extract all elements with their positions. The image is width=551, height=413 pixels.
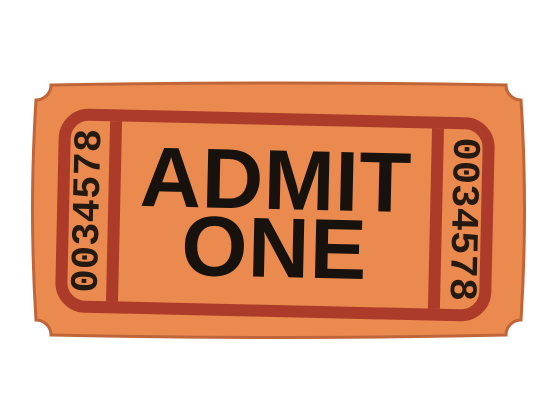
admit-one-ticket: 0034578 ADMIT ONE 0034578 bbox=[36, 82, 524, 338]
one-text: ONE bbox=[181, 213, 368, 285]
ticket-illustration: 0034578 ADMIT ONE 0034578 bbox=[0, 0, 551, 413]
right-stub: 0034578 bbox=[440, 129, 483, 310]
inner-frame: 0034578 ADMIT ONE 0034578 bbox=[55, 108, 496, 322]
left-stub: 0034578 bbox=[67, 120, 110, 301]
serial-number-left: 0034578 bbox=[67, 128, 110, 293]
center-panel: ADMIT ONE bbox=[118, 122, 432, 309]
serial-number-right: 0034578 bbox=[440, 137, 483, 302]
